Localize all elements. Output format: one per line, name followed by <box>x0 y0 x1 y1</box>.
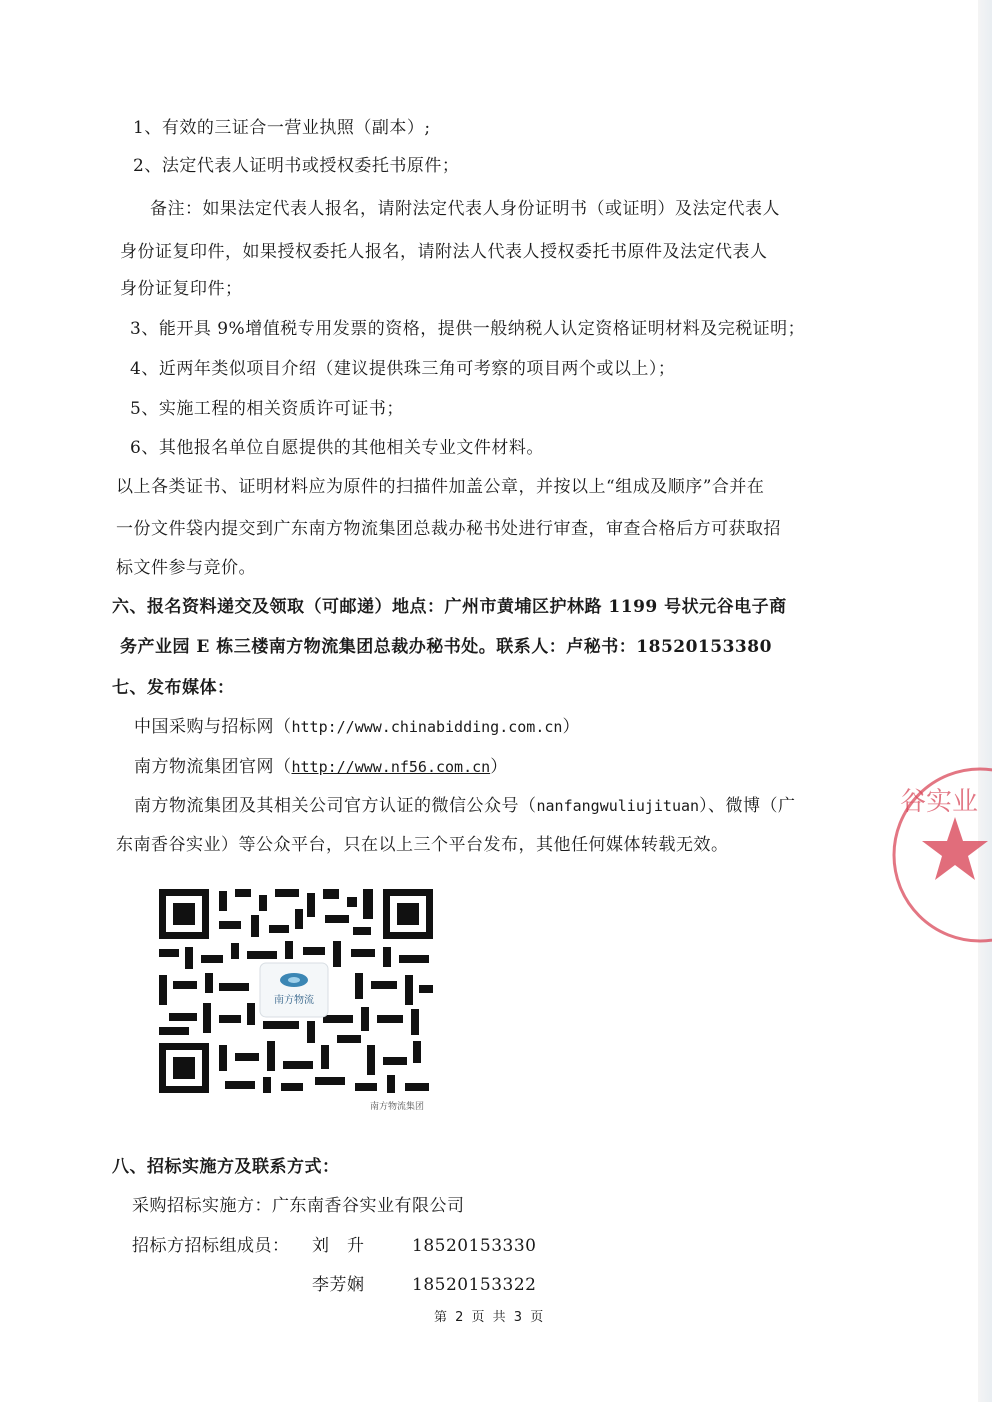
media-wechat-line: 南方物流集团及其相关公司官方认证的微信公众号（nanfangwuliujitua… <box>134 795 796 817</box>
section-6-line-2: 务产业园 E 栋三楼南方物流集团总裁办秘书处。联系人：卢秘书：185201533… <box>120 636 772 658</box>
remark-line-3: 身份证复印件； <box>120 278 243 300</box>
section-7-title: 七、发布媒体： <box>112 677 235 699</box>
wechat-qr-code: 南方物流 <box>155 885 437 1097</box>
item-3: 3、能开具 9%增值税专用发票的资格，提供一般纳税人认定资格证明材料及完税证明； <box>130 318 805 340</box>
media-1-url[interactable]: http://www.chinabidding.com.cn <box>292 718 563 736</box>
page-number: 第 2 页 共 3 页 <box>434 1306 545 1325</box>
wechat-note-suffix: ）、微博（广 <box>699 796 796 816</box>
item-1: 1、有效的三证合一营业执照（副本）; <box>133 117 431 139</box>
members-label: 招标方招标组成员： <box>132 1235 290 1257</box>
media-1-close: ） <box>562 717 580 737</box>
summary-line-1: 以上各类证书、证明材料应为原件的扫描件加盖公章，并按以上“组成及顺序”合并在 <box>116 476 764 498</box>
wechat-note-prefix: 南方物流集团及其相关公司官方认证的微信公众号（ <box>134 796 537 816</box>
svg-text:谷实业: 谷实业 <box>900 787 978 817</box>
media-chinabidding: 中国采购与招标网（http://www.chinabidding.com.cn） <box>134 716 580 738</box>
scan-edge <box>978 0 992 1402</box>
star-icon <box>922 817 988 880</box>
item-4: 4、近两年类似项目介绍（建议提供珠三角可考察的项目两个或以上）； <box>130 358 675 380</box>
summary-line-2: 一份文件袋内提交到广东南方物流集团总裁办秘书处进行审查，审查合格后方可获取招 <box>116 518 781 540</box>
wechat-account: nanfangwuliujituan <box>537 797 700 815</box>
svg-text:南方物流: 南方物流 <box>274 993 314 1006</box>
item-6: 6、其他报名单位自愿提供的其他相关专业文件材料。 <box>130 437 544 459</box>
remark-line-1: 备注：如果法定代表人报名，请附法定代表人身份证明书（或证明）及法定代表人 <box>150 198 780 220</box>
remark-line-2: 身份证复印件，如果授权委托人报名，请附法人代表人授权委托书原件及法定代表人 <box>120 241 768 263</box>
implementer: 采购招标实施方：广东南香谷实业有限公司 <box>132 1195 465 1217</box>
media-2-close: ） <box>490 757 508 777</box>
media-2-url[interactable]: http://www.nf56.com.cn <box>292 758 491 776</box>
member-2-phone: 18520153322 <box>412 1274 536 1296</box>
item-2: 2、法定代表人证明书或授权委托书原件； <box>133 155 459 177</box>
media-note-line-2: 东南香谷实业）等公众平台，只在以上三个平台发布，其他任何媒体转载无效。 <box>116 834 729 856</box>
member-1-phone: 18520153330 <box>412 1235 536 1257</box>
summary-line-3: 标文件参与竞价。 <box>116 557 256 579</box>
section-6-line-1: 六、报名资料递交及领取（可邮递）地点：广州市黄埔区护林路 1199 号状元谷电子… <box>112 596 787 618</box>
item-5: 5、实施工程的相关资质许可证书； <box>130 398 404 420</box>
section-8-title: 八、招标实施方及联系方式： <box>112 1156 340 1178</box>
media-2-name: 南方物流集团官网（ <box>134 757 292 777</box>
qr-caption: 南方物流集团 <box>370 1099 424 1112</box>
media-1-name: 中国采购与招标网（ <box>134 717 292 737</box>
member-1-name: 刘 升 <box>312 1235 365 1257</box>
company-seal-stamp: 谷实业 <box>885 765 992 945</box>
member-2-name: 李芳娴 <box>312 1274 365 1296</box>
media-nf56: 南方物流集团官网（http://www.nf56.com.cn） <box>134 756 508 778</box>
